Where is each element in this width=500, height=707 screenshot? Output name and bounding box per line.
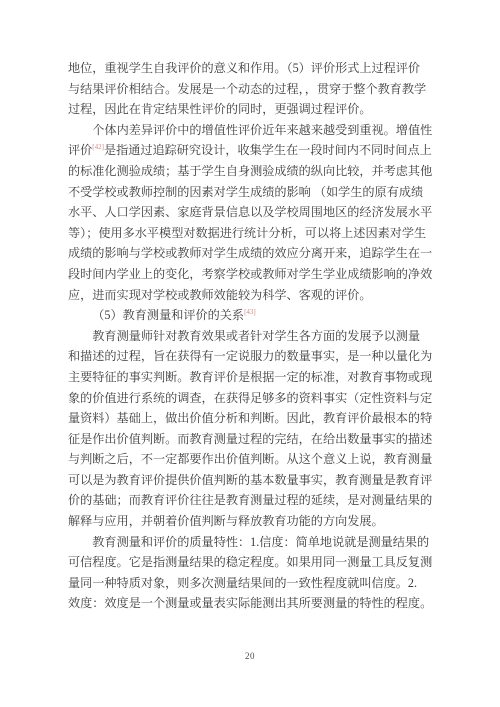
text-line: 评价[42]是指通过追踪研究设计，收集学生在一段时间内不同时间点上 bbox=[68, 140, 438, 161]
citation-marker: [43] bbox=[244, 308, 256, 316]
text-line: 的标准化测验成绩；基于学生自身测验成绩的纵向比较，并考虑其他 bbox=[68, 161, 438, 182]
text-line: 可信程度。它是指测量结果的稳定程度。如果用同一测量工具反复测 bbox=[68, 552, 438, 573]
text-line: 教育测量师针对教育效果或者针对学生各方面的发展予以测量 bbox=[68, 326, 438, 347]
text-line: 与结果评价相结合。发展是一个动态的过程，，贯穿于整个教育教学 bbox=[68, 79, 438, 100]
text-line: 和描述的过程，旨在获得有一定说服力的数量事实，是一种以量化为 bbox=[68, 346, 438, 367]
text-line: 等）；使用多水平模型对数据进行统计分析，可以将上述因素对学生 bbox=[68, 223, 438, 244]
citation-marker: [42] bbox=[92, 143, 104, 151]
text-line: 与判断之后，不一定都要作出价值判断。从这个意义上说，教育测量 bbox=[68, 449, 438, 470]
text-line: 效度：效度是一个测量或量表实际能测出其所要测量的特性的程度。 bbox=[68, 593, 438, 614]
text-line: 个体内差异评价中的增值性评价近年来越来越受到重视。增值性 bbox=[68, 120, 438, 141]
text-line: 地位，重视学生自我评价的意义和作用。（5）评价形式上过程评价 bbox=[68, 58, 438, 79]
text-line: 成绩的影响与学校或教师对学生成绩的效应分离开来，追踪学生在一 bbox=[68, 243, 438, 264]
document-page: 地位，重视学生自我评价的意义和作用。（5）评价形式上过程评价与结果评价相结合。发… bbox=[0, 0, 500, 707]
text-line: 解释与应用，并朝着价值判断与释放教育功能的方向发展。 bbox=[68, 511, 438, 532]
text-line: 应，进而实现对学校或教师效能较为科学、客观的评价。 bbox=[68, 285, 438, 306]
text-line: 价的基础；而教育评价往往是教育测量过程的延续，是对测量结果的 bbox=[68, 490, 438, 511]
text-line: 段时间内学业上的变化，考察学校或教师对学生学业成绩影响的净效 bbox=[68, 264, 438, 285]
text-line: 可以是为教育评价提供价值判断的基本数量事实，教育测量是教育评 bbox=[68, 470, 438, 491]
text-line: 不受学校或教师控制的因素对学生成绩的影响 （如学生的原有成绩 bbox=[68, 182, 438, 203]
text-line: 教育测量和评价的质量特性：1.信度：简单地说就是测量结果的 bbox=[68, 532, 438, 553]
text-line: 量资料）基础上，做出价值分析和判断。因此，教育评价最根本的特 bbox=[68, 408, 438, 429]
text-line: 水平、人口学因素、家庭背景信息以及学校周围地区的经济发展水平 bbox=[68, 202, 438, 223]
text-line: 量同一种特质对象，则多次测量结果间的一致性程度就叫信度。2. bbox=[68, 573, 438, 594]
text-line: 征是作出价值判断。而教育测量过程的完结，在给出数量事实的描述 bbox=[68, 429, 438, 450]
text-line: （5）教育测量和评价的关系[43] bbox=[68, 305, 438, 326]
text-block: 地位，重视学生自我评价的意义和作用。（5）评价形式上过程评价与结果评价相结合。发… bbox=[68, 58, 438, 614]
text-line: 过程，因此在肯定结果性评价的同时，更强调过程评价。 bbox=[68, 99, 438, 120]
text-line: 主要特征的事实判断。教育评价是根据一定的标准，对教育事物或现 bbox=[68, 367, 438, 388]
text-line: 象的价值进行系统的调查，在获得足够多的资料事实（定性资料与定 bbox=[68, 388, 438, 409]
page-number: 20 bbox=[0, 651, 500, 661]
